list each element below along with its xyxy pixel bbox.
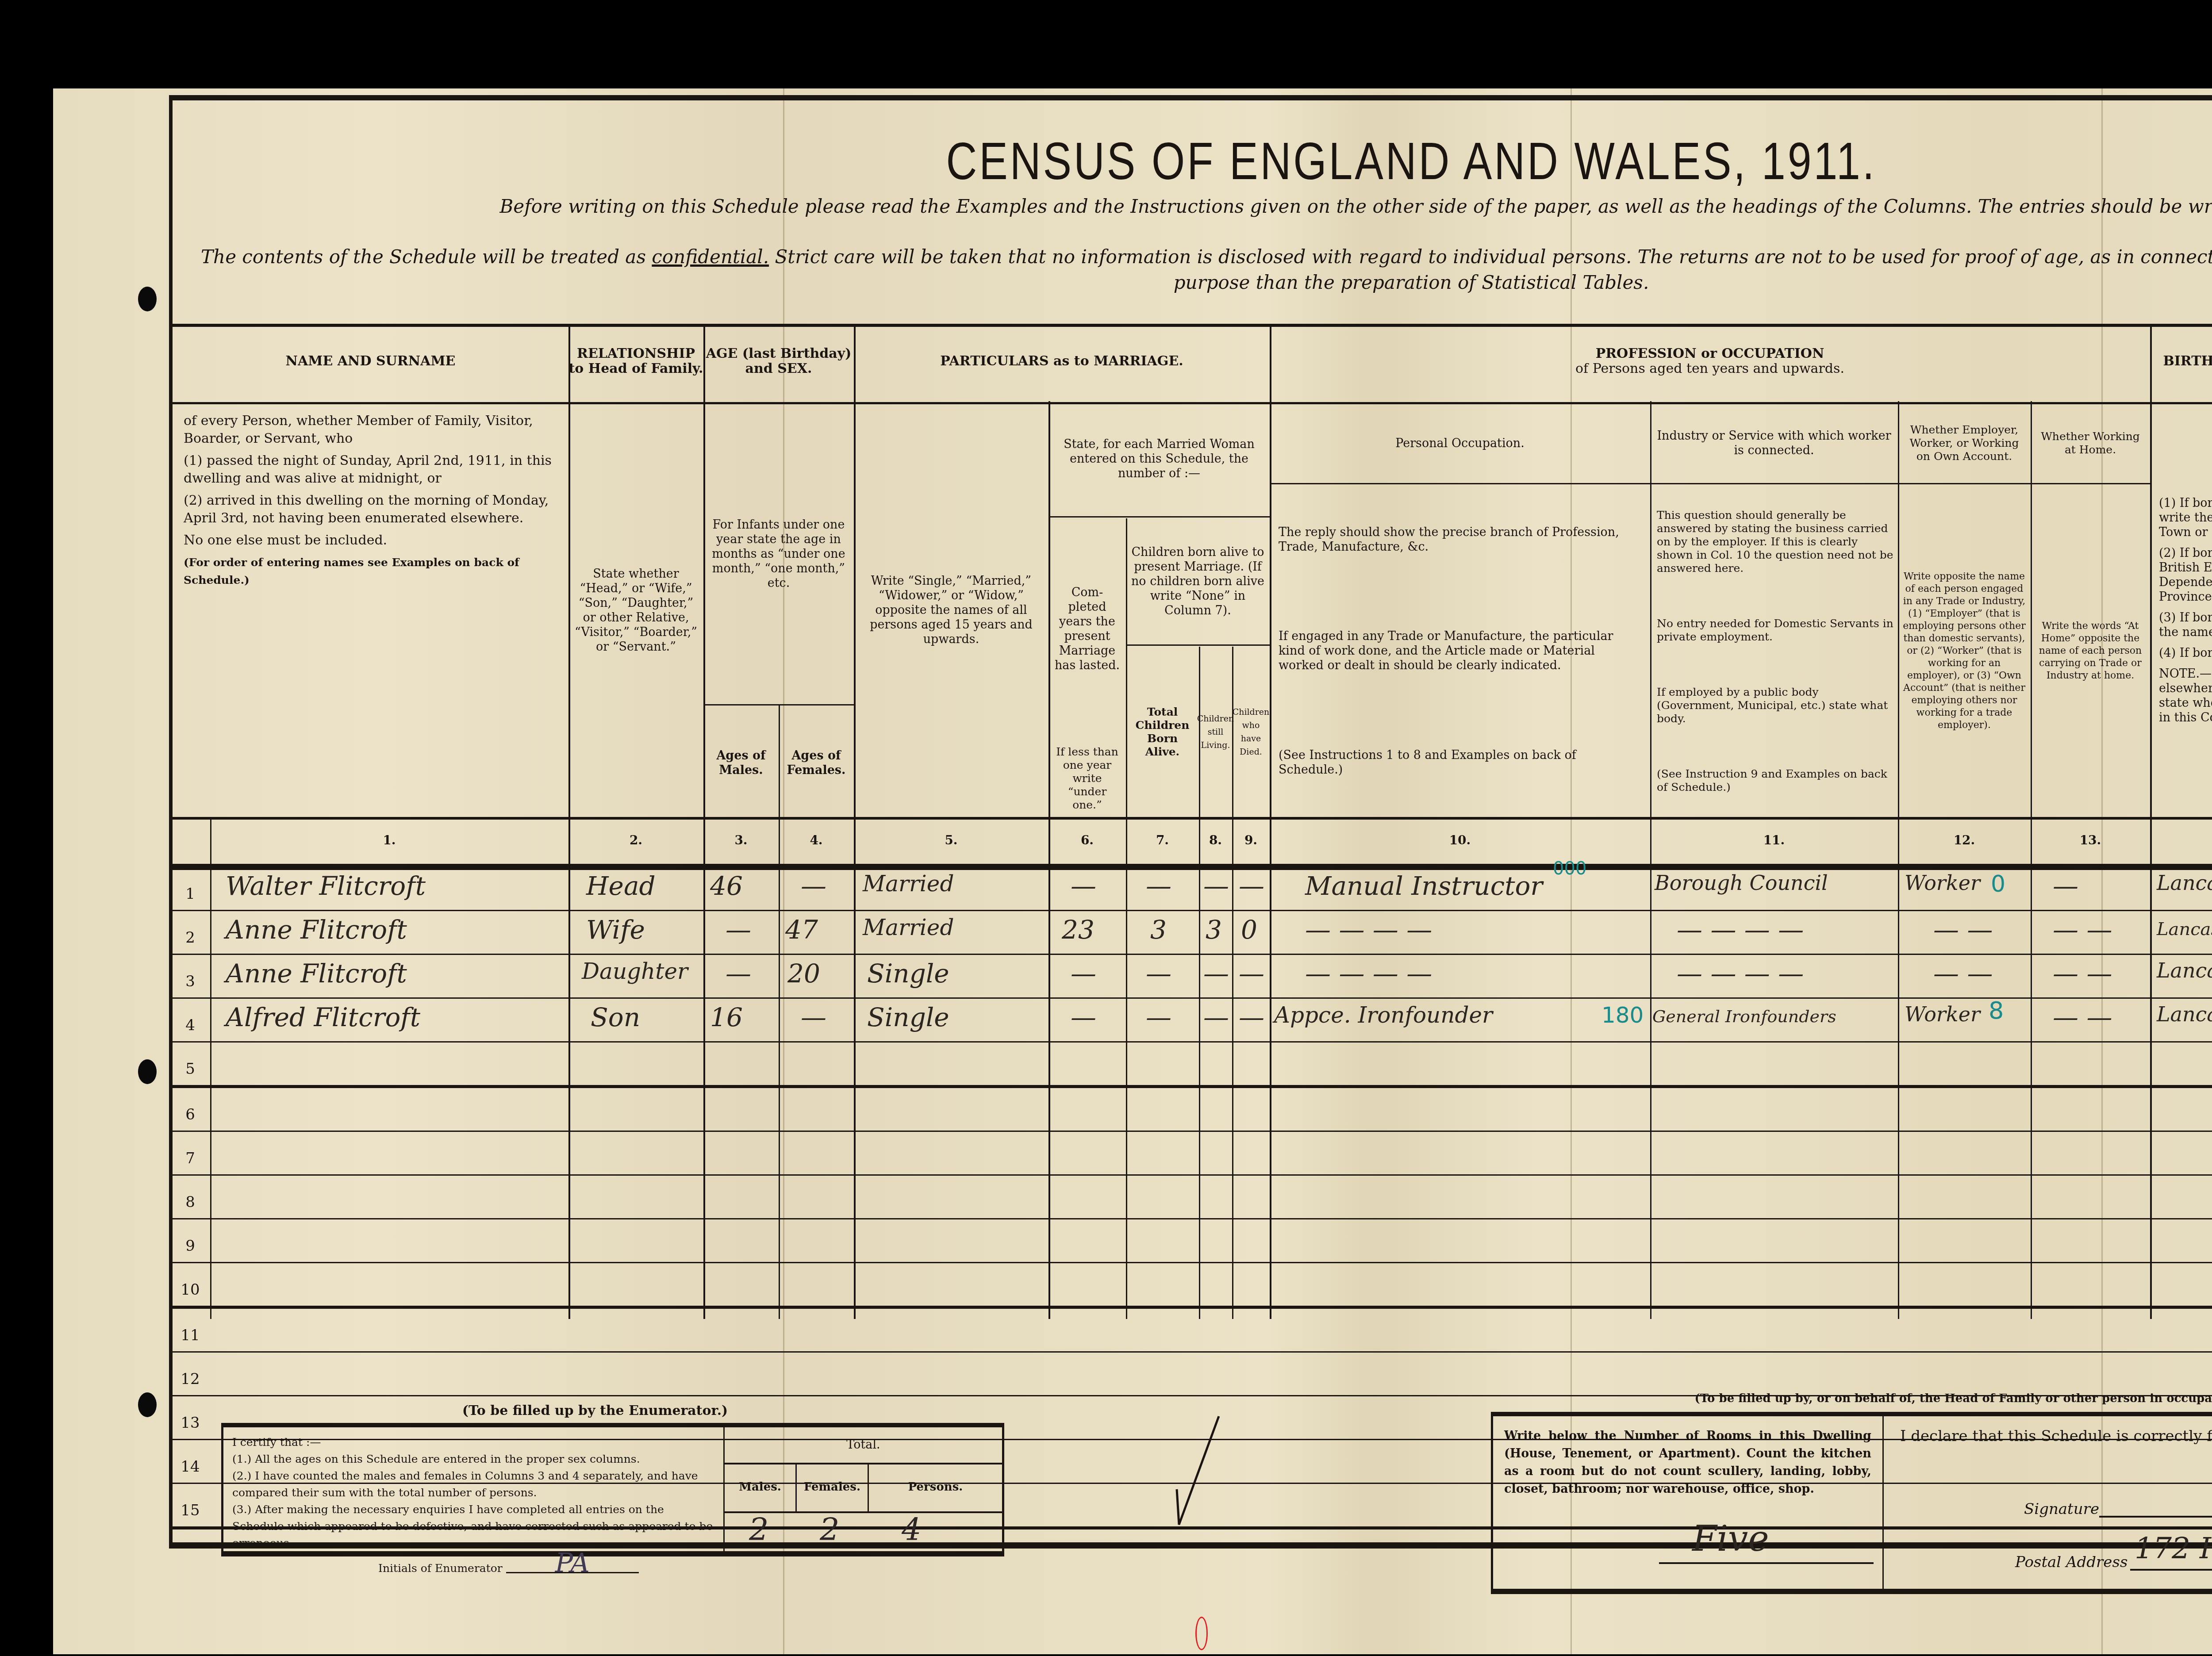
- declaration-section: I declare that this Schedule is correctl…: [1882, 1416, 2212, 1589]
- cell-years-married[interactable]: —: [1071, 1002, 1096, 1032]
- rooms-value[interactable]: Five: [1692, 1518, 1769, 1559]
- table-row[interactable]: 4 Alfred Flitcroft Son 16 — Single — — —…: [173, 999, 2212, 1043]
- cell-condition[interactable]: Single: [867, 1002, 949, 1032]
- cell-industry[interactable]: — — — —: [1677, 915, 1804, 945]
- rooms-instruction: Write below the Number of Rooms in this …: [1504, 1427, 1871, 1498]
- address-label: Postal Address: [2015, 1553, 2128, 1571]
- rooms-section: Write below the Number of Rooms in this …: [1493, 1416, 1884, 1589]
- cell-relationship[interactable]: Son: [591, 1002, 640, 1032]
- employer-code: 8: [1989, 997, 2004, 1024]
- header-personal-occupation: Personal Occupation.: [1270, 403, 1650, 483]
- header-relationship-instructions: State whether “Head,” or “Wife,” “Son,” …: [568, 403, 703, 817]
- header-married-woman: State, for each Married Woman entered on…: [1048, 403, 1270, 514]
- cell-age-female[interactable]: —: [801, 871, 826, 901]
- header-children-died: Children who have Died.: [1232, 647, 1270, 817]
- header-employer-instructions: Write opposite the name of each person e…: [1898, 487, 2031, 815]
- cell-children-living[interactable]: 3: [1206, 915, 1222, 945]
- check-mark-icon: [1161, 1414, 1223, 1547]
- cell-children-died[interactable]: 0: [1241, 915, 1257, 945]
- address-value[interactable]: 172 High Street, Bolton, Lancashire: [2135, 1531, 2212, 1565]
- header-years-married: Com-pleted years the present Marriage ha…: [1048, 518, 1126, 740]
- cell-total-children[interactable]: —: [1146, 1002, 1171, 1032]
- cell-children-died[interactable]: —: [1239, 958, 1264, 989]
- column-numbers: 1. 2. 3. 4. 5. 6. 7. 8. 9. 10. 11. 12. 1…: [173, 817, 2212, 870]
- cell-age-female[interactable]: —: [801, 1002, 826, 1032]
- table-row[interactable]: 12: [173, 1353, 2212, 1396]
- cell-birthplace[interactable]: Lancashire, Bolton: [2157, 1002, 2212, 1026]
- header-age-females: Ages of Females.: [779, 709, 854, 817]
- cell-industry[interactable]: — — — —: [1677, 958, 1804, 989]
- table-row[interactable]: 1 Walter Flitcroft Head 46 — Married — —…: [173, 867, 2212, 911]
- table-row[interactable]: 9: [173, 1219, 2212, 1263]
- cell-occupation[interactable]: — — — —: [1305, 915, 1432, 945]
- header-industry-instructions: This question should generally be answer…: [1652, 487, 1898, 815]
- cell-age-male[interactable]: —: [726, 958, 751, 989]
- cell-age-male[interactable]: 46: [710, 871, 743, 901]
- occupation-code: 180: [1601, 1002, 1644, 1028]
- cell-at-home[interactable]: — —: [2053, 915, 2112, 945]
- cell-occupation[interactable]: Appce. Ironfounder: [1274, 1002, 1493, 1028]
- header-age: AGE (last Birthday) and SEX.: [703, 324, 854, 399]
- employer-code: 0: [1991, 871, 2005, 897]
- red-zero-mark: [1195, 1617, 1208, 1650]
- declaration-text: I declare that this Schedule is correctl…: [1900, 1427, 2212, 1445]
- header-age-males: Ages of Males.: [703, 709, 779, 817]
- totals-table: Total. Males. Females. Persons. 2 2 4: [723, 1427, 1002, 1551]
- header-occupation: PROFESSION or OCCUPATIONof Persons aged …: [1270, 324, 2150, 399]
- cell-name[interactable]: Alfred Flitcroft: [226, 1002, 420, 1032]
- cell-children-living[interactable]: —: [1203, 1002, 1229, 1032]
- cell-industry[interactable]: Borough Council: [1655, 871, 1828, 895]
- punch-hole: [138, 287, 157, 311]
- cell-children-living[interactable]: —: [1203, 871, 1229, 901]
- punch-hole: [138, 1059, 157, 1084]
- cell-years-married[interactable]: —: [1071, 958, 1096, 989]
- total-females[interactable]: 2: [820, 1511, 840, 1548]
- table-row[interactable]: 11: [173, 1309, 2212, 1353]
- table-row[interactable]: 7: [173, 1132, 2212, 1176]
- cell-years-married[interactable]: 23: [1062, 915, 1094, 945]
- cell-age-male[interactable]: —: [726, 915, 751, 945]
- cell-at-home[interactable]: — —: [2053, 1002, 2112, 1032]
- header-personal-occupation-instructions: The reply should show the precise branch…: [1274, 487, 1646, 815]
- cell-birthplace[interactable]: Lancashire, Bolton: [2157, 958, 2212, 982]
- header-age-instructions: For Infants under one year state the age…: [703, 403, 854, 704]
- census-form: CENSUS OF ENGLAND AND WALES, 1911. Befor…: [169, 95, 2212, 1549]
- table-row[interactable]: 3 Anne Flitcroft Daughter — 20 Single — …: [173, 955, 2212, 999]
- cell-relationship[interactable]: Daughter: [582, 958, 688, 984]
- cell-age-female[interactable]: 20: [787, 958, 820, 989]
- table-row[interactable]: 5: [173, 1043, 2212, 1088]
- header-children-living: Children still Living.: [1199, 647, 1232, 817]
- cell-name[interactable]: Anne Flitcroft: [226, 915, 407, 945]
- total-males[interactable]: 2: [749, 1511, 769, 1548]
- cell-at-home[interactable]: — —: [2053, 958, 2112, 989]
- cell-at-home[interactable]: —: [2053, 871, 2078, 901]
- cell-relationship[interactable]: Wife: [586, 915, 645, 945]
- cell-children-living[interactable]: —: [1203, 958, 1229, 989]
- head-of-family-caption: (To be filled up by, or on behalf of, th…: [1491, 1392, 2212, 1405]
- cell-birthplace[interactable]: Lancashire, Adlington: [2157, 919, 2212, 939]
- cell-age-female[interactable]: 47: [785, 915, 818, 945]
- table-row[interactable]: 2 Anne Flitcroft Wife — 47 Married 23 3 …: [173, 911, 2212, 955]
- cell-occupation[interactable]: Manual Instructor: [1305, 871, 1543, 901]
- cell-condition[interactable]: Single: [867, 958, 949, 989]
- header-condition: Write “Single,” “Married,” “Widower,” or…: [854, 403, 1048, 817]
- header-birthplace-instructions: (1) If born in the United Kingdom, write…: [2154, 403, 2212, 817]
- cell-age-male[interactable]: 16: [710, 1002, 743, 1032]
- cell-total-children[interactable]: 3: [1150, 915, 1167, 945]
- table-row[interactable]: 6: [173, 1088, 2212, 1132]
- cell-employer[interactable]: Worker: [1905, 1002, 1980, 1026]
- punch-hole: [138, 1392, 157, 1417]
- cell-total-children[interactable]: —: [1146, 871, 1171, 901]
- instruction-line: Before writing on this Schedule please r…: [173, 195, 2212, 217]
- signature-label: Signature: [2024, 1500, 2099, 1518]
- cell-name[interactable]: Walter Flitcroft: [226, 871, 426, 901]
- page-title: CENSUS OF ENGLAND AND WALES, 1911.: [396, 131, 2212, 192]
- total-persons[interactable]: 4: [902, 1511, 922, 1548]
- cell-children-died[interactable]: —: [1239, 871, 1264, 901]
- table-row[interactable]: 8: [173, 1176, 2212, 1219]
- header-total-children: Total Children Born Alive.: [1126, 647, 1199, 817]
- header-years-note: If less than one year write “under one.”: [1048, 740, 1126, 817]
- header-industry: Industry or Service with which worker is…: [1650, 403, 1898, 483]
- cell-years-married[interactable]: —: [1071, 871, 1096, 901]
- occupation-code: 000: [1553, 859, 1586, 879]
- head-of-family-box: Write below the Number of Rooms in this …: [1491, 1412, 2212, 1594]
- table-row[interactable]: 10: [173, 1263, 2212, 1309]
- header-name-instructions: of every Person, whether Member of Famil…: [179, 412, 564, 810]
- confidentiality-note: The contents of the Schedule will be tre…: [199, 244, 2212, 295]
- header-marriage: PARTICULARS as to MARRIAGE.: [854, 324, 1270, 399]
- enumerator-initials[interactable]: PA: [506, 1554, 639, 1573]
- cell-employer[interactable]: — —: [1933, 958, 1993, 989]
- enumerator-caption: (To be filled up by the Enumerator.): [195, 1403, 995, 1418]
- cell-employer[interactable]: Worker: [1905, 871, 1980, 895]
- header-at-home-instructions: Write the words “At Home” opposite the n…: [2031, 487, 2150, 815]
- header-relationship: RELATIONSHIP to Head of Family.: [568, 324, 703, 399]
- cell-children-died[interactable]: —: [1239, 1002, 1264, 1032]
- cell-occupation[interactable]: — — — —: [1305, 958, 1432, 989]
- cell-relationship[interactable]: Head: [586, 871, 656, 901]
- cell-condition[interactable]: Married: [863, 871, 954, 897]
- header-name: NAME AND SURNAME: [173, 324, 568, 399]
- cell-total-children[interactable]: —: [1146, 958, 1171, 989]
- enumerator-certification: I certify that :— (1.) All the ages on t…: [232, 1434, 714, 1577]
- header-at-home: Whether Working at Home.: [2031, 403, 2150, 483]
- cell-employer[interactable]: — —: [1933, 915, 1993, 945]
- cell-industry[interactable]: General Ironfounders: [1652, 1007, 1836, 1026]
- cell-name[interactable]: Anne Flitcroft: [226, 958, 407, 989]
- header-children: Children born alive to present Marriage.…: [1126, 518, 1270, 644]
- header-birthplace: BIRTHPLACE of every person.: [2150, 324, 2212, 399]
- cell-birthplace[interactable]: Lancashire, Bolton: [2157, 871, 2212, 895]
- cell-condition[interactable]: Married: [863, 915, 954, 940]
- header-employer: Whether Employer, Worker, or Working on …: [1898, 403, 2031, 483]
- enumerator-box: I certify that :— (1.) All the ages on t…: [221, 1423, 1004, 1556]
